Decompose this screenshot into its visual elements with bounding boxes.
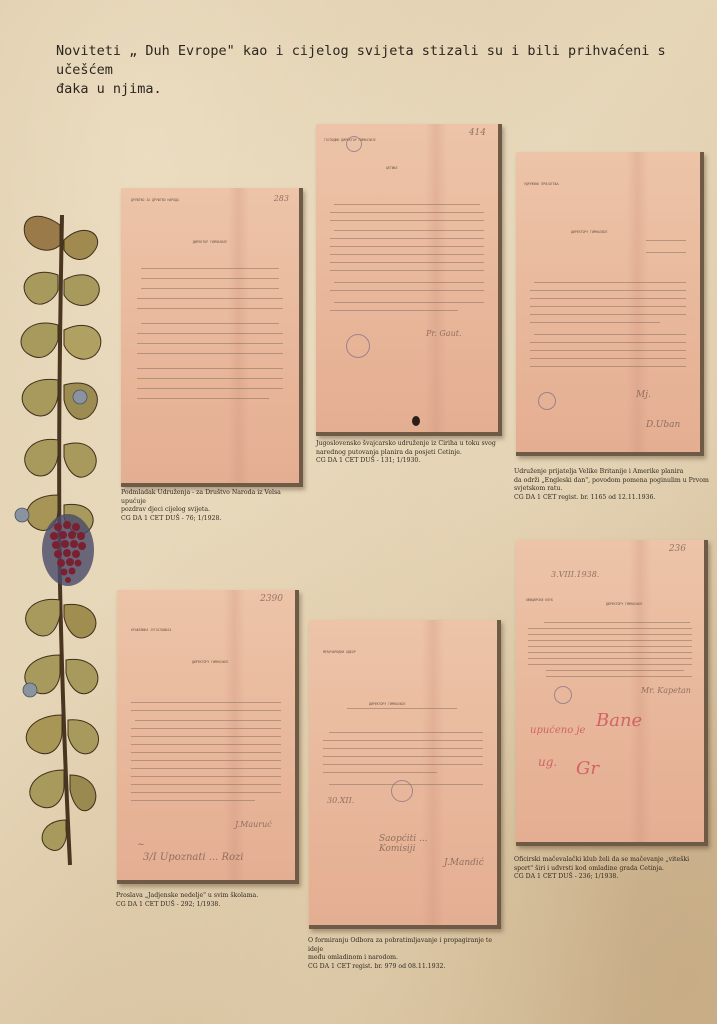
archive-document-2[interactable]: ГОСПОДИН ДИРЕКТОР ГИМНАЗИЈЕ 414 ЦЕТИЊЕ P… (316, 124, 502, 436)
red-handwritten-note: upućeno je (530, 725, 585, 736)
caption-line: O formiranju Odbora za pobratimljavanje … (308, 937, 508, 954)
archive-number: 236 (669, 544, 686, 554)
document-addressee: ДИРЕКТОР ГИМНАЗИЈЕ (135, 240, 285, 245)
caption-line: da održi „Engleski dan", povodom pomena … (514, 477, 709, 486)
document-addressee: ЦЕТИЊЕ (386, 166, 483, 171)
caption-line: Jugoslovensko švajcarsko udruženje iz Ci… (316, 440, 506, 449)
caption-line: Oficirski mačevalački klub želi da se ma… (514, 856, 709, 865)
date-note: 30.XII. (327, 796, 354, 805)
caption-line: Udruženje prijatelja Velike Britanije i … (514, 468, 709, 477)
signature: Pr. Gaut. (426, 329, 461, 338)
document-6-caption: Oficirski mačevalački klub želi da se ma… (514, 856, 709, 882)
stamp-icon (554, 686, 572, 704)
stamp-icon (538, 392, 556, 410)
caption-line: Proslava „Jadjenske nedelje" u svim škol… (116, 892, 306, 901)
caption-reference: CG DA 1 CET DUŠ - 131; 1/1930. (316, 457, 506, 466)
document-header: ОФИЦИРСКИ КЛУБ (526, 598, 586, 603)
caption-reference: CG DA 1 CET regist. br. 1165 od 12.11.19… (514, 494, 709, 503)
document-addressee: ДИРЕКТОРУ ГИМНАЗИЈЕ (571, 230, 685, 235)
grape-cluster (42, 514, 94, 586)
date-note: 3.VIII.1938. (551, 570, 599, 579)
caption-reference: CG DA 1 CET DUŠ - 76; 1/1928. (121, 515, 306, 524)
caption-line: sport" širi i uđvrsti kod omladine grada… (514, 865, 709, 874)
caption-line: narednog putovanja planira da posjeti Ce… (316, 449, 506, 458)
document-addressee: ДИРЕКТОРУ ГИМНАЗИЈЕ (192, 660, 281, 665)
handwritten-note: Saopćiti ... Komisiji (379, 834, 428, 854)
document-header: КРАЉЕВИНА ЈУГОСЛАВИЈА (131, 628, 191, 633)
document-header: УДРУЖЕЊЕ ПРИЈАТЕЉА (524, 182, 584, 187)
document-5-caption: O formiranju Odbora za pobratimljavanje … (308, 937, 508, 971)
signature: D.Uban (646, 420, 680, 430)
caption-reference: CG DA 1 CET DUŠ - 292; 1/1938. (116, 901, 306, 910)
caption-line: Podmladak Udruženja - za Društvo Naroda … (121, 489, 306, 506)
heading-line-1: Noviteti „ Duh Evrope" kao i cijelog svi… (56, 42, 676, 80)
signature: J.Mauruć (235, 820, 272, 829)
archive-number: 414 (469, 128, 486, 138)
handwritten-note: 3/I Upoznati ... Rozi (143, 852, 244, 863)
document-3-caption: Udruženje prijatelja Velike Britanije i … (514, 468, 709, 502)
red-handwritten-note: Bane (596, 710, 642, 731)
grapevine-ornament-icon (0, 205, 120, 870)
document-header: МЕЂУНАРОДНИ ОДБОР (323, 650, 383, 655)
document-4-caption: Proslava „Jadjenske nedelje" u svim škol… (116, 892, 306, 909)
signature: Mj. (636, 390, 651, 400)
signature: Mr. Kapetan (641, 686, 691, 695)
archive-number: 283 (274, 194, 289, 203)
caption-line: pozdrav djeci cijelog svijeta. (121, 506, 306, 515)
heading-line-2: đaka u njima. (56, 80, 676, 99)
ink-blot (412, 416, 420, 426)
archive-document-4[interactable]: КРАЉЕВИНА ЈУГОСЛАВИЈА 2390 ДИРЕКТОРУ ГИМ… (117, 590, 299, 884)
archive-document-1[interactable]: ДРУШТВО ЗА ДРУШТВО НАРОДА 283 ДИРЕКТОР Г… (121, 188, 303, 487)
page-heading: Noviteti „ Duh Evrope" kao i cijelog svi… (56, 42, 676, 99)
signature: ~ (137, 840, 145, 850)
document-header: ГОСПОДИН ДИРЕКТОР ГИМНАЗИЈЕ (324, 138, 404, 143)
document-2-caption: Jugoslovensko švajcarsko udruženje iz Ci… (316, 440, 506, 466)
caption-reference: CG DA 1 CET regist. br. 979 od 08.11.193… (308, 963, 508, 972)
archive-document-6[interactable]: 3.VIII.1938. 236 ОФИЦИРСКИ КЛУБ ДИРЕКТОР… (516, 540, 708, 846)
signature: J.Mandić (444, 858, 484, 868)
document-header: ДРУШТВО ЗА ДРУШТВО НАРОДА (131, 198, 201, 203)
archive-document-3[interactable]: УДРУЖЕЊЕ ПРИЈАТЕЉА ДИРЕКТОРУ ГИМНАЗИЈЕ M… (516, 152, 704, 456)
caption-line: svjetskom ratu. (514, 485, 709, 494)
archive-document-5[interactable]: МЕЂУНАРОДНИ ОДБОР ДИРЕКТОРУ ГИМНАЗИЈЕ 30… (309, 620, 501, 929)
document-addressee: ДИРЕКТОРУ ГИМНАЗИЈЕ (606, 602, 689, 607)
red-handwritten-note: ug. (538, 755, 557, 769)
stamp-icon (391, 780, 413, 802)
caption-line: među omladinom i narodom. (308, 954, 508, 963)
caption-reference: CG DA 1 CET DUŠ - 236; 1/1938. (514, 873, 709, 882)
red-handwritten-note: Gr (576, 758, 599, 779)
document-1-caption: Podmladak Udruženja - za Društvo Naroda … (121, 489, 306, 523)
stamp-icon (346, 334, 370, 358)
archive-number: 2390 (260, 594, 283, 604)
document-addressee: ДИРЕКТОРУ ГИМНАЗИЈЕ (369, 702, 482, 707)
